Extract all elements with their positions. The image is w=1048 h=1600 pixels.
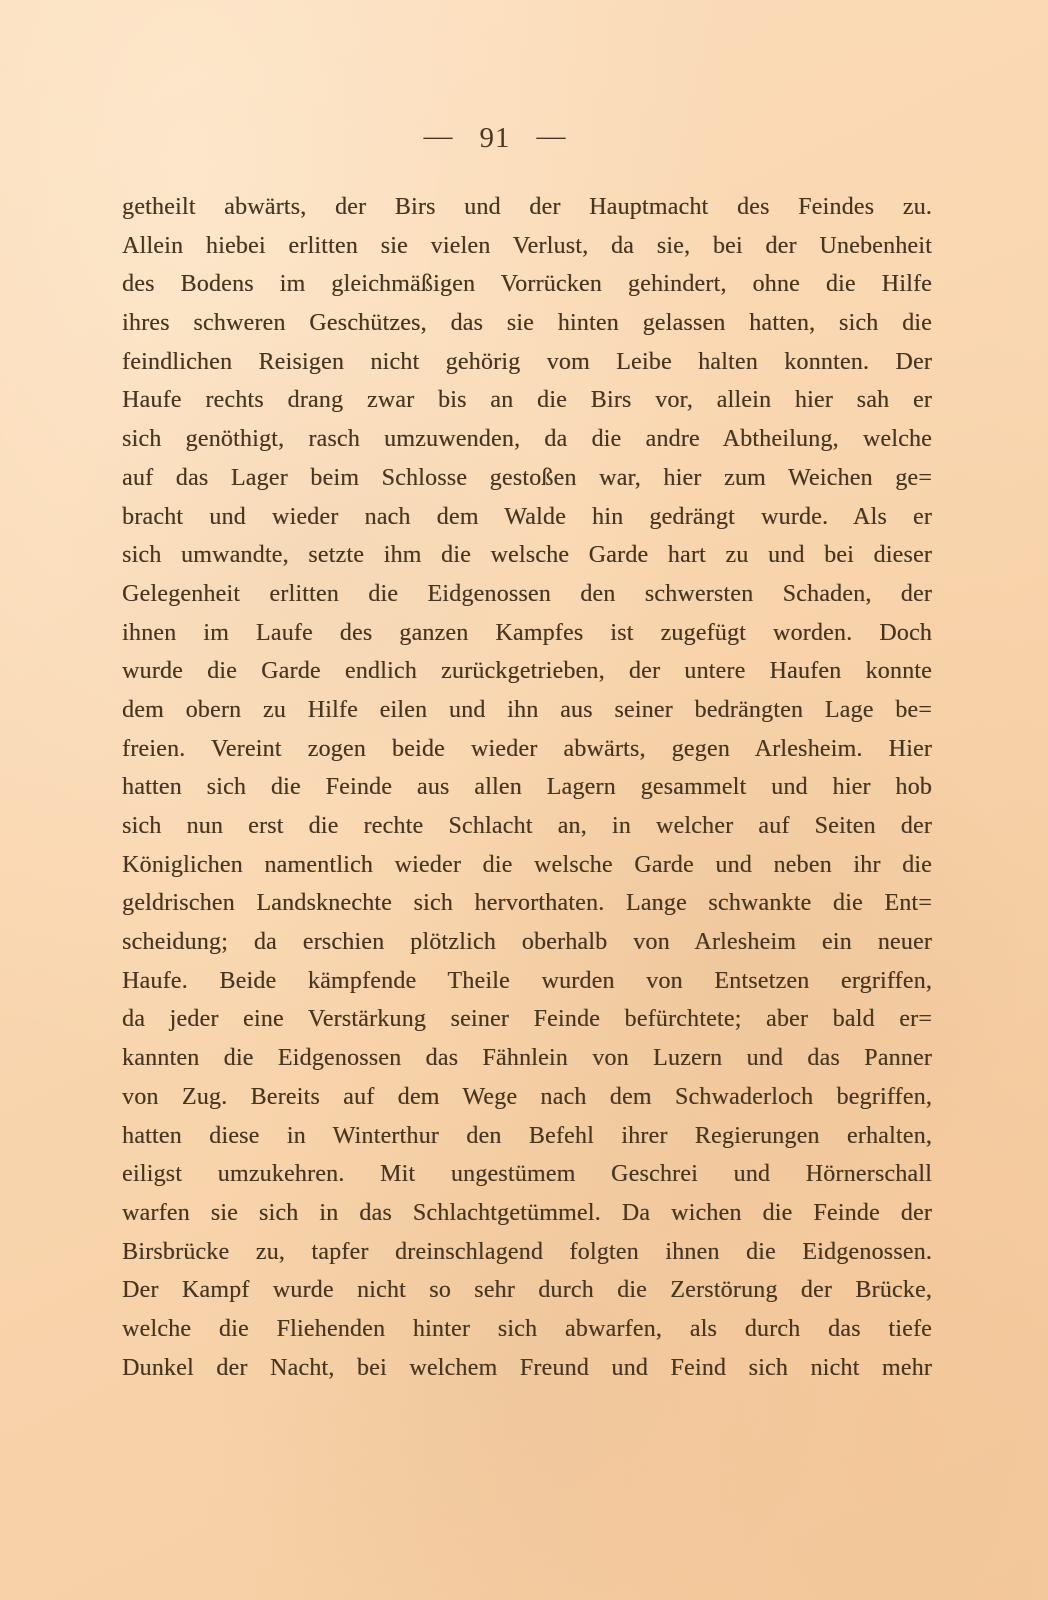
text-line: ihnen im Laufe des ganzen Kampfes ist zu… (122, 614, 932, 653)
text-line: kannten die Eidgenossen das Fähnlein von… (122, 1039, 932, 1078)
text-line: Königlichen namentlich wieder die welsch… (122, 846, 932, 885)
text-line: ihres schweren Geschützes, das sie hinte… (122, 304, 932, 343)
text-line: feindlichen Reisigen nicht gehörig vom L… (122, 343, 932, 382)
text-line: des Bodens im gleichmäßigen Vorrücken ge… (122, 265, 932, 304)
text-line: eiligst umzukehren. Mit ungestümem Gesch… (122, 1155, 932, 1194)
book-page: —91— getheilt abwärts, der Birs und der … (0, 0, 1048, 1600)
text-line: Haufe rechts drang zwar bis an die Birs … (122, 381, 932, 420)
header-dash-left: — (424, 120, 454, 153)
text-line: auf das Lager beim Schlosse gestoßen war… (122, 459, 932, 498)
text-line: wurde die Garde endlich zurückgetrieben,… (122, 652, 932, 691)
header-dash-right: — (537, 120, 567, 153)
text-line: geldrischen Landsknechte sich hervorthat… (122, 884, 932, 923)
text-line: Birsbrücke zu, tapfer dreinschlagend fol… (122, 1233, 932, 1272)
page-header: —91— (0, 122, 990, 155)
page-number: 91 (480, 122, 511, 154)
text-line: hatten sich die Feinde aus allen Lagern … (122, 768, 932, 807)
text-line: welche die Fliehenden hinter sich abwarf… (122, 1310, 932, 1349)
text-line: dem obern zu Hilfe eilen und ihn aus sei… (122, 691, 932, 730)
text-line: von Zug. Bereits auf dem Wege nach dem S… (122, 1078, 932, 1117)
text-line: Gelegenheit erlitten die Eidgenossen den… (122, 575, 932, 614)
text-line: sich umwandte, setzte ihm die welsche Ga… (122, 536, 932, 575)
text-line: scheidung; da erschien plötzlich oberhal… (122, 923, 932, 962)
text-line: Haufe. Beide kämpfende Theile wurden von… (122, 962, 932, 1001)
text-line: sich genöthigt, rasch umzuwenden, da die… (122, 420, 932, 459)
text-line: warfen sie sich in das Schlachtgetümmel.… (122, 1194, 932, 1233)
text-block: getheilt abwärts, der Birs und der Haupt… (122, 188, 932, 1387)
text-line: hatten diese in Winterthur den Befehl ih… (122, 1117, 932, 1156)
text-line: da jeder eine Verstärkung seiner Feinde … (122, 1000, 932, 1039)
text-line: bracht und wieder nach dem Walde hin ged… (122, 498, 932, 537)
text-line: getheilt abwärts, der Birs und der Haupt… (122, 188, 932, 227)
text-line: sich nun erst die rechte Schlacht an, in… (122, 807, 932, 846)
text-line: Dunkel der Nacht, bei welchem Freund und… (122, 1349, 932, 1388)
text-line: Allein hiebei erlitten sie vielen Verlus… (122, 227, 932, 266)
text-line: freien. Vereint zogen beide wieder abwär… (122, 730, 932, 769)
text-line: Der Kampf wurde nicht so sehr durch die … (122, 1271, 932, 1310)
